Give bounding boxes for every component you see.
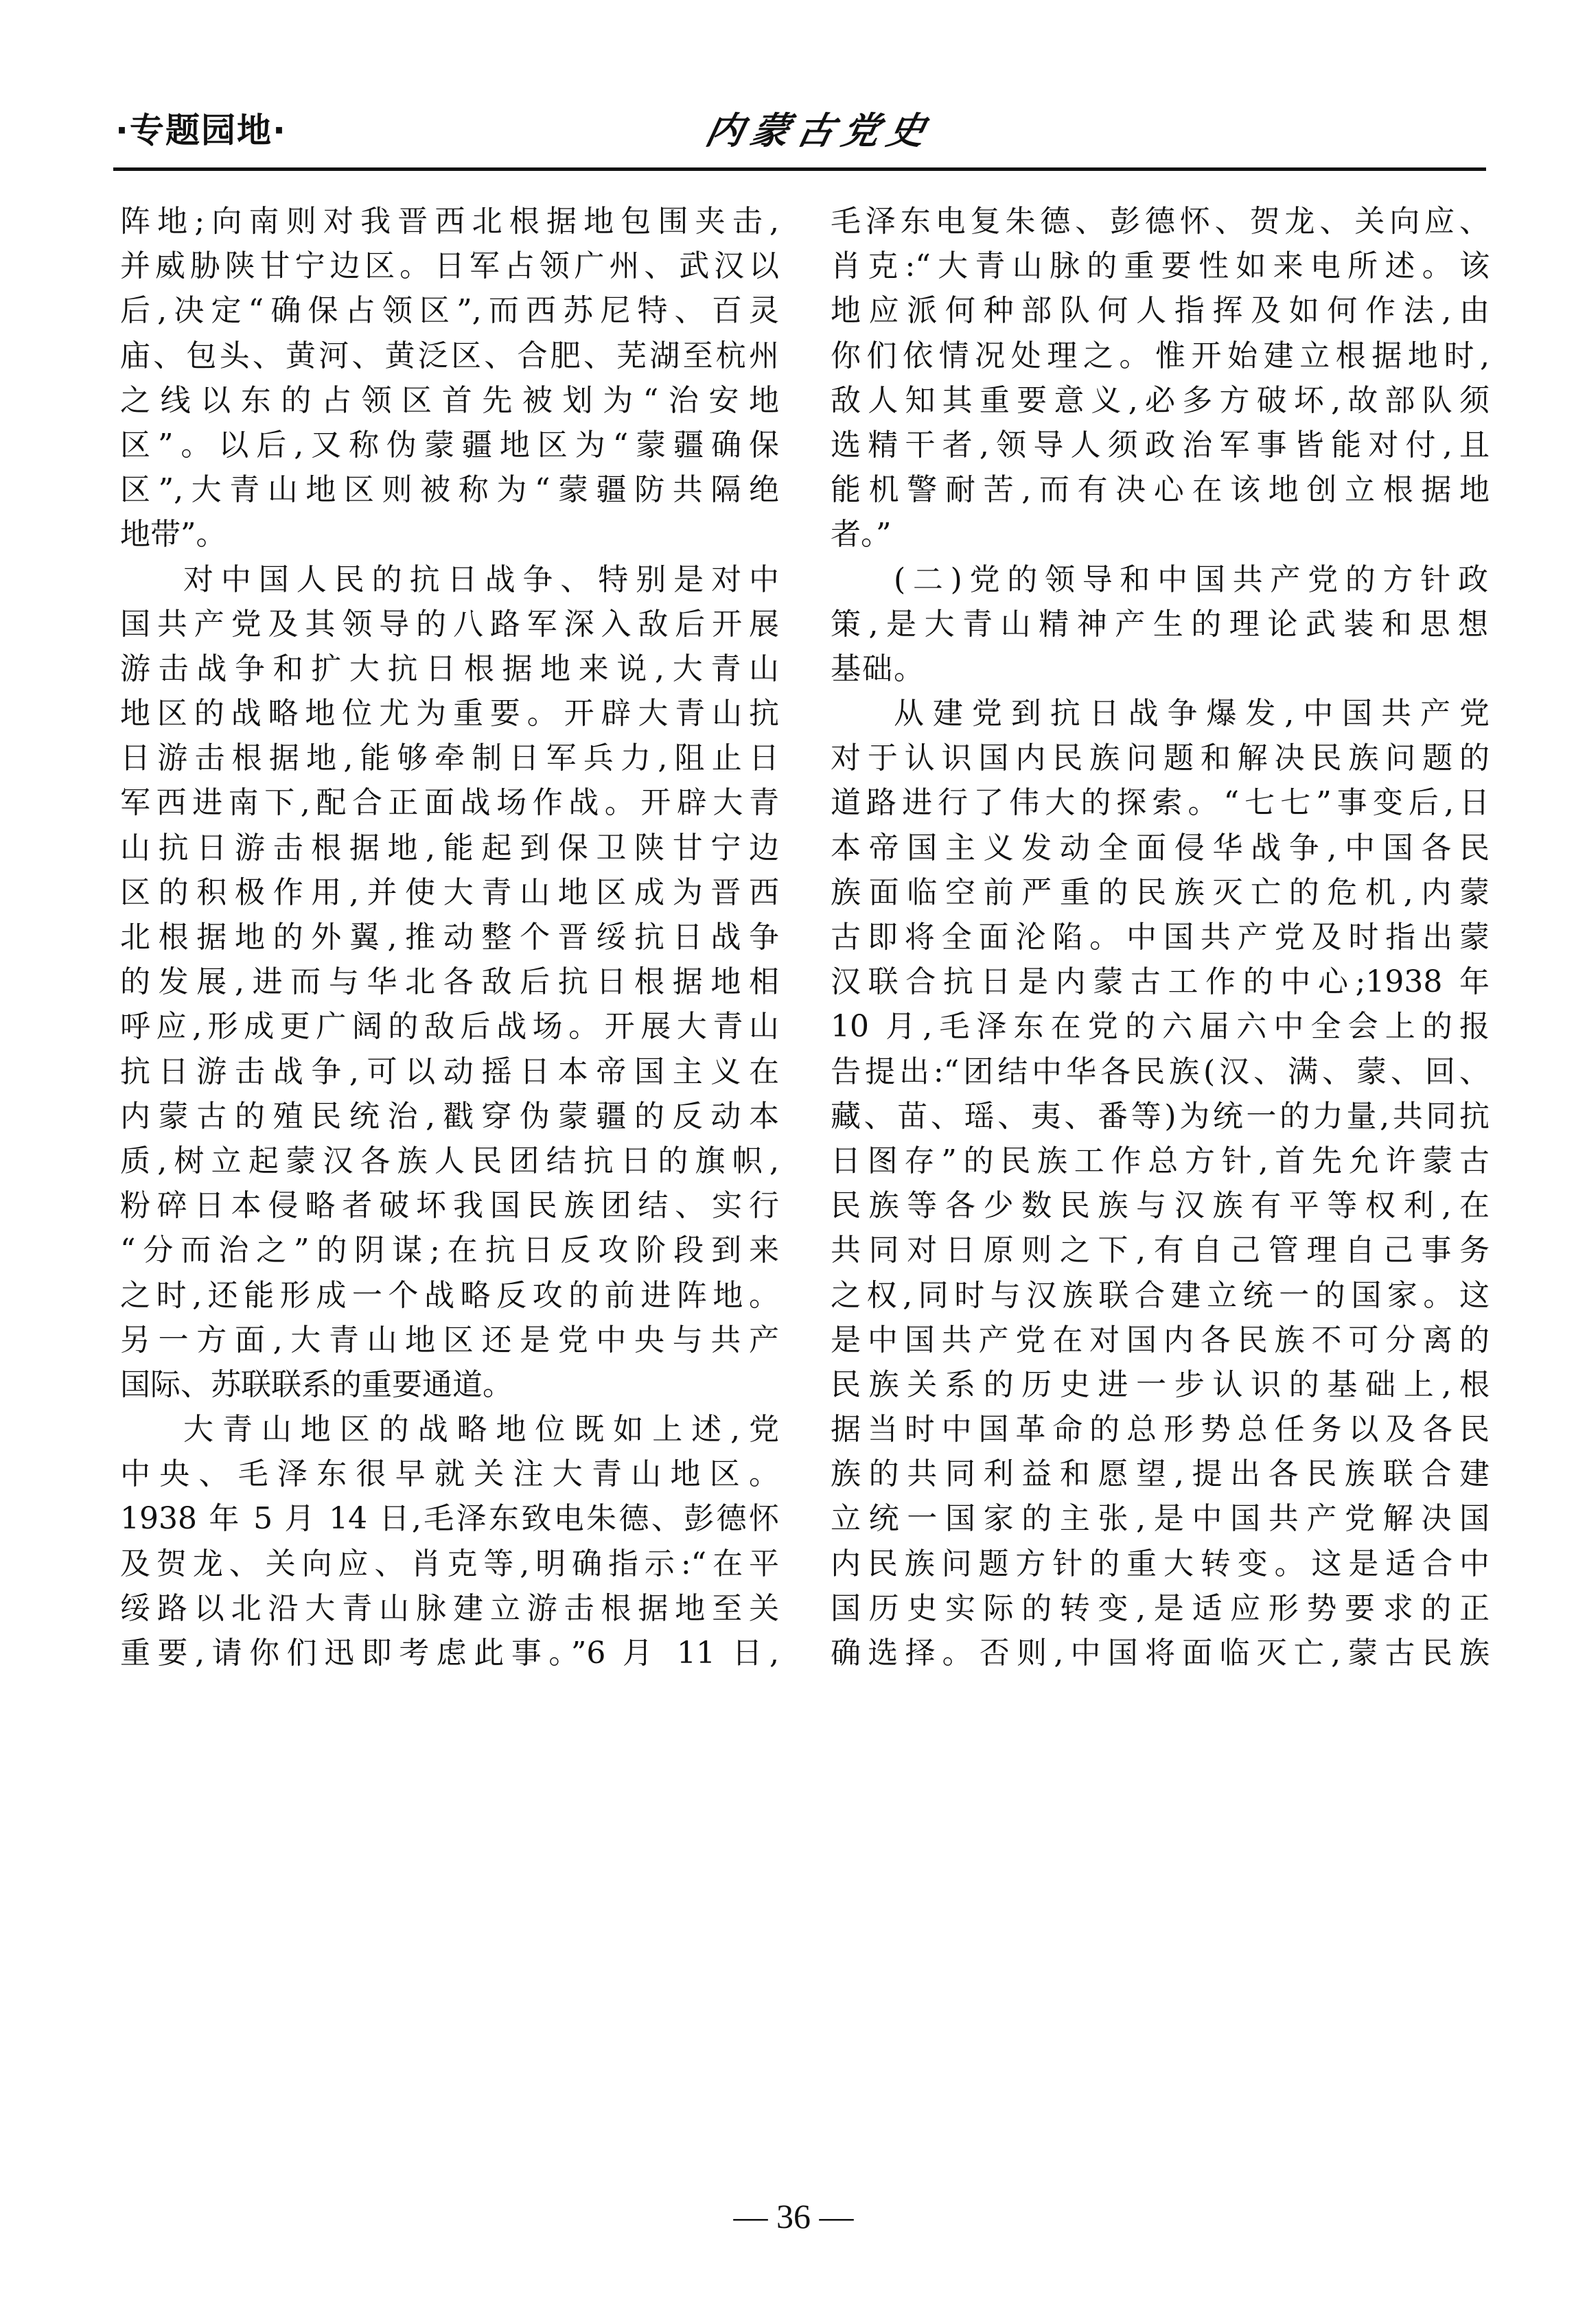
text-line: 道路进行了伟大的探索。“七七”事变后,日 — [831, 780, 1490, 825]
text-line: 质,树立起蒙汉各族人民团结抗日的旗帜, — [120, 1139, 779, 1183]
text-line: 后,决定“确保占领区”,而西苏尼特、百灵 — [120, 288, 779, 333]
text-line: 区”,大青山地区则被称为“蒙疆防共隔绝 — [120, 467, 779, 512]
right-column: 毛泽东电复朱德、彭德怀、贺龙、关向应、肖克:“大青山脉的重要性如来电所述。该地应… — [831, 199, 1490, 1675]
text-line: 族面临空前严重的民族灭亡的危机,内蒙 — [831, 870, 1490, 915]
text-line: 军西进南下,配合正面战场作战。开辟大青 — [120, 780, 779, 825]
text-line: 日图存”的民族工作总方针,首先允许蒙古 — [831, 1139, 1490, 1183]
text-line: 本帝国主义发动全面侵华战争,中国各民 — [831, 826, 1490, 870]
text-line: 选精干者,领导人须政治军事皆能对付,且 — [831, 423, 1490, 467]
text-line: 日游击根据地,能够牵制日军兵力,阻止日 — [120, 736, 779, 780]
text-line: 能机警耐苦,而有决心在该地创立根据地 — [831, 467, 1490, 512]
text-line: 毛泽东电复朱德、彭德怀、贺龙、关向应、 — [831, 199, 1490, 244]
text-line: 肖克:“大青山脉的重要性如来电所述。该 — [831, 244, 1490, 288]
text-line: 国际、苏联联系的重要通道。 — [120, 1362, 779, 1407]
subheading-line: (二)党的领导和中国共产党的方针政 — [831, 557, 1490, 602]
text-line: 之线以东的占领区首先被划为“治安地 — [120, 378, 779, 423]
text-line: 立统一国家的主张,是中国共产党解决国 — [831, 1496, 1490, 1541]
text-line: 及贺龙、关向应、肖克等,明确指示:“在平 — [120, 1542, 779, 1586]
text-line: 北根据地的外翼,推动整个晋绥抗日战争 — [120, 915, 779, 960]
subheading-line: 基础。 — [831, 647, 1490, 691]
text-line: 据当时中国革命的总形势总任务以及各民 — [831, 1407, 1490, 1452]
text-line: 之时,还能形成一个战略反攻的前进阵地。 — [120, 1273, 779, 1318]
text-line: 内民族问题方针的重大转变。这是适合中 — [831, 1542, 1490, 1586]
text-line: 重要,请你们迅即考虑此事。”6 月 11 日, — [120, 1631, 779, 1675]
subheading-line: 策,是大青山精神产生的理论武装和思想 — [831, 602, 1490, 647]
text-line: 游击战争和扩大抗日根据地来说,大青山 — [120, 647, 779, 691]
text-line: 大青山地区的战略地位既如上述,党 — [120, 1407, 779, 1452]
text-line: 的发展,进而与华北各敌后抗日根据地相 — [120, 960, 779, 1004]
text-line: 绥路以北沿大青山脉建立游击根据地至关 — [120, 1586, 779, 1631]
text-line: 地应派何种部队何人指挥及如何作法,由 — [831, 288, 1490, 333]
text-line: 对中国人民的抗日战争、特别是对中 — [120, 557, 779, 602]
text-line: 确选择。否则,中国将面临灭亡,蒙古民族 — [831, 1631, 1490, 1675]
text-line: 地带”。 — [120, 512, 779, 557]
text-line: 呼应,形成更广阔的敌后战场。开展大青山 — [120, 1004, 779, 1049]
text-line: 民族关系的历史进一步认识的基础上,根 — [831, 1362, 1490, 1407]
page-number: — 36 — — [0, 2196, 1587, 2236]
text-line: 地区的战略地位尤为重要。开辟大青山抗 — [120, 691, 779, 736]
text-line: 从建党到抗日战争爆发,中国共产党 — [831, 691, 1490, 736]
text-line: 民族等各少数民族与汉族有平等权利,在 — [831, 1183, 1490, 1228]
page-header: ·专题园地· 内蒙古党史 — [0, 0, 1587, 178]
text-line: 藏、苗、瑶、夷、番等)为统一的力量,共同抗 — [831, 1094, 1490, 1139]
text-line: 内蒙古的殖民统治,戳穿伪蒙疆的反动本 — [120, 1094, 779, 1139]
text-line: 敌人知其重要意义,必多方破坏,故部队须 — [831, 378, 1490, 423]
text-line: 族的共同利益和愿望,提出各民族联合建 — [831, 1452, 1490, 1496]
text-line: 国历史实际的转变,是适应形势要求的正 — [831, 1586, 1490, 1631]
left-column: 阵地;向南则对我晋西北根据地包围夹击,并威胁陕甘宁边区。日军占领广州、武汉以后,… — [120, 199, 779, 1675]
text-line: “分而治之”的阴谋;在抗日反攻阶段到来 — [120, 1228, 779, 1273]
header-divider — [113, 167, 1486, 171]
text-line: 粉碎日本侵略者破坏我国民族团结、实行 — [120, 1183, 779, 1228]
text-line: 中央、毛泽东很早就关注大青山地区。 — [120, 1452, 779, 1496]
text-line: 并威胁陕甘宁边区。日军占领广州、武汉以 — [120, 244, 779, 288]
text-line: 10 月,毛泽东在党的六届六中全会上的报 — [831, 1004, 1490, 1049]
text-line: 汉联合抗日是内蒙古工作的中心;1938 年 — [831, 960, 1490, 1004]
text-line: 对于认识国内民族问题和解决民族问题的 — [831, 736, 1490, 780]
text-line: 庙、包头、黄河、黄泛区、合肥、芜湖至杭州 — [120, 334, 779, 378]
text-line: 你们依情况处理之。惟开始建立根据地时, — [831, 334, 1490, 378]
text-line: 是中国共产党在对国内各民族不可分离的 — [831, 1318, 1490, 1362]
text-line: 抗日游击战争,可以动摇日本帝国主义在 — [120, 1049, 779, 1094]
text-line: 告提出:“团结中华各民族(汉、满、蒙、回、 — [831, 1049, 1490, 1094]
text-line: 另一方面,大青山地区还是党中央与共产 — [120, 1318, 779, 1362]
text-line: 国共产党及其领导的八路军深入敌后开展 — [120, 602, 779, 647]
journal-title: 内蒙古党史 — [702, 102, 939, 154]
text-line: 区的积极作用,并使大青山地区成为晋西 — [120, 870, 779, 915]
text-line: 山抗日游击根据地,能起到保卫陕甘宁边 — [120, 826, 779, 870]
text-line: 共同对日原则之下,有自己管理自己事务 — [831, 1228, 1490, 1273]
text-line: 古即将全面沦陷。中国共产党及时指出蒙 — [831, 915, 1490, 960]
text-line: 阵地;向南则对我晋西北根据地包围夹击, — [120, 199, 779, 244]
text-line: 者。” — [831, 512, 1490, 557]
text-line: 区”。以后,又称伪蒙疆地区为“蒙疆确保 — [120, 423, 779, 467]
text-line: 1938 年 5 月 14 日,毛泽东致电朱德、彭德怀 — [120, 1496, 779, 1541]
section-tag: ·专题园地· — [115, 103, 287, 152]
text-line: 之权,同时与汉族联合建立统一的国家。这 — [831, 1273, 1490, 1318]
